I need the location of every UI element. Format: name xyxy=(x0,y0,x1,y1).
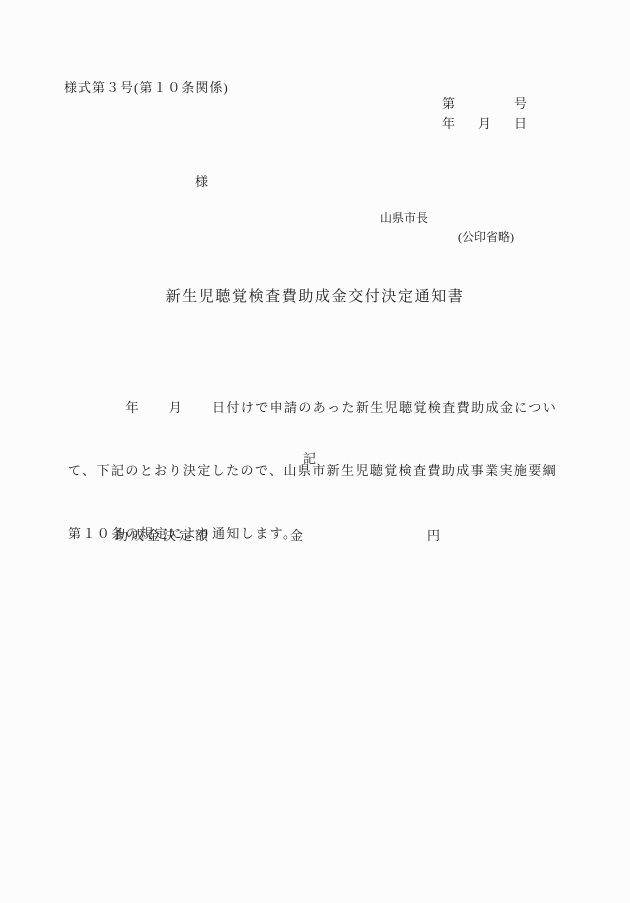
amount-currency-prefix: 金 xyxy=(290,528,304,543)
doc-number-suffix: 号 xyxy=(514,96,528,111)
document-title: 新生児聴覚検査費助成金交付決定通知書 xyxy=(0,290,630,305)
document-page: 様式第３号(第１０条関係) 第 号 年 月 日 様 山県市長 (公印省略) 新生… xyxy=(0,0,630,903)
body-line-1: 年 月 日付けで申請のあった新生児聴覚検査費助成金につい xyxy=(68,397,557,418)
date-day-label: 日 xyxy=(514,116,528,131)
seal-omission-note: (公印省略) xyxy=(458,230,514,245)
ki-marker: 記 xyxy=(303,451,317,466)
amount-label: 助成金決定額 xyxy=(115,528,211,543)
amount-currency-suffix: 円 xyxy=(427,528,441,543)
doc-number-prefix: 第 xyxy=(442,96,456,111)
form-number: 様式第３号(第１０条関係) xyxy=(64,80,229,95)
date-year-label: 年 xyxy=(442,116,456,131)
body-paragraph: 年 月 日付けで申請のあった新生児聴覚検査費助成金につい て、下記のとおり決定し… xyxy=(68,355,557,586)
addressee-suffix: 様 xyxy=(195,174,209,189)
sender-name: 山県市長 xyxy=(380,211,428,226)
date-month-label: 月 xyxy=(478,116,492,131)
